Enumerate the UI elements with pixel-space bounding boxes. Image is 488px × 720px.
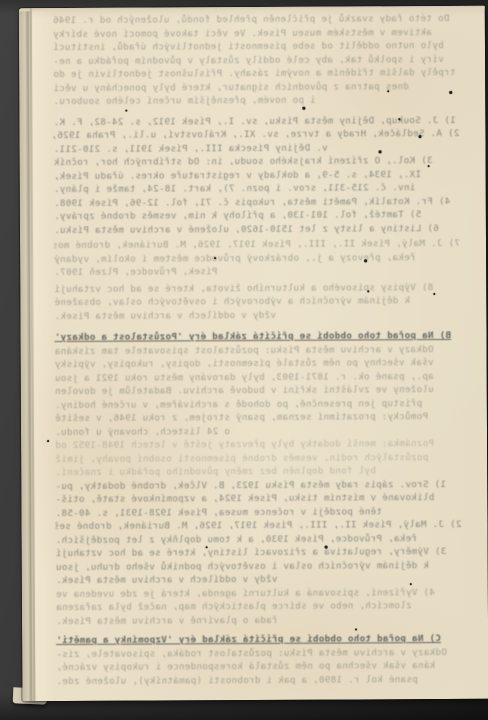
ink-speck — [418, 135, 421, 138]
ink-speck — [302, 107, 305, 110]
bleedthrough-text-line: Pomůcky: prozatímní seznam, psaný stroje… — [55, 410, 461, 426]
ink-speck — [449, 91, 452, 94]
scanner-background: Do této řady svazků je přičleněn přehled… — [0, 0, 488, 720]
bleedthrough-paragraph: Odkazy v archivu města Písku: pozůstalos… — [55, 342, 461, 439]
bleedthrough-heading: B) Na pořad toho období se přičítá zákla… — [54, 329, 460, 345]
bleedthrough-paragraph: 1) J. Soukup, Dějiny města Písku, sv. I.… — [53, 113, 460, 237]
bleedthrough-text-line: dnes patrna z původních signatur, které … — [53, 79, 459, 95]
bleedthrough-text-line: Písek, Průvodce, Plzeň 1907. — [54, 264, 460, 280]
bleedthrough-text-line: psané kol r. 1890, a pak i drobnosti (pa… — [56, 672, 462, 688]
bleedthrough-paragraph: 8) Výpisy spisového a kulturního života,… — [54, 280, 460, 323]
bleedthrough-text-line: i po novém, přesnějším určení celého sou… — [53, 93, 459, 109]
bleedthrough-text-line: Do této řady svazků je přičleněn přehled… — [53, 12, 459, 28]
ink-speck — [47, 440, 49, 442]
ink-speck — [214, 257, 216, 259]
ink-speck — [428, 165, 430, 167]
bleedthrough-text-line: pozůstalých rodin, vesměs drobné písemno… — [55, 450, 461, 466]
bleedthrough-text-line: blikované v místním tisku, Písek 1924, a… — [55, 491, 461, 507]
bleedthrough-paragraph: 4) Vyřízení, spisovaná a kulturní agenda… — [56, 585, 462, 628]
bleedthrough-text-line: však všechny po něm zůstalé písemnosti, … — [55, 356, 461, 372]
bleedthrough-text-line: řeka, převozy a j., obrázkový průvodce m… — [54, 250, 460, 266]
ink-speck — [125, 110, 127, 112]
bleedthrough-text-line: kána však všechna po něm zůstalá korespo… — [56, 659, 462, 675]
ink-speck — [367, 290, 369, 292]
bleedthrough-heading: C) Na pořad toho období se přičítá zákla… — [56, 632, 462, 648]
bleedthrough-paragraph: 1) Srov. zápis rady města Písku 1923, B.… — [55, 477, 462, 587]
bleedthrough-text-line: 3) Výměry, regulativa a zřizovací listin… — [56, 545, 462, 561]
bleedthrough-text-line: uloženy ve zvláštní skříni v budově arch… — [55, 383, 461, 399]
bleedthrough-text-line: 2) A. Sedláček, Hrady a tvrze, sv. XI., … — [53, 127, 459, 143]
bleedthrough-text-line: 6) Listiny a listy z let 1510-1620, ulož… — [54, 221, 460, 237]
scanned-page: Do této řady svazků je přičleněn přehled… — [19, 6, 488, 701]
ink-speck — [206, 546, 208, 548]
ink-speck — [387, 90, 389, 92]
ink-speck — [410, 583, 412, 585]
bleedthrough-text-line: zlomcích, nebo ve sbírce plastických map… — [56, 599, 462, 615]
ink-speck — [325, 546, 328, 549]
bleedthrough-text-line: 3) Kol., O zřízení krajského soudu, in: … — [54, 154, 460, 170]
ink-speck — [398, 118, 400, 120]
ink-speck — [433, 293, 435, 295]
bleedthrough-text-line: k dějinám výročních a výborových i osvět… — [54, 294, 460, 310]
bleedthrough-text-line: Poznámka: menší dodatky byly převzaty je… — [55, 437, 461, 453]
bleedthrough-text-line: k dějinám výročních oslav i osvětových p… — [56, 558, 462, 574]
bleedthrough-paragraph: Odkazy v archivu města Písku: pozůstalos… — [56, 645, 462, 688]
bleedthrough-paragraph: 7) J. Malý, Písek II., III., Písek 1917,… — [54, 237, 460, 280]
ink-speck — [355, 628, 357, 630]
bleedthrough-text-line: inv. č. 215-311, srov. i pozn. 7), kart.… — [54, 181, 460, 197]
bleedthrough-text-line: 7) J. Malý, Písek II., III., Písek 1917,… — [54, 237, 460, 253]
bleedthrough-text-line: trpěly dalším tříděním a novými zásahy. … — [53, 66, 459, 82]
ink-speck — [364, 259, 367, 262]
bleedthrough-text-line: C) Na pořad toho období se přičítá zákla… — [56, 632, 462, 648]
bleedthrough-paragraph: Do této řady svazků je přičleněn přehled… — [53, 12, 459, 109]
ink-speck — [379, 150, 382, 153]
bleedthrough-text-line: bylo nutno oddělit od sebe písemnosti je… — [53, 39, 459, 55]
bleedthrough-text-line: 2) J. Malý, Písek II., III., Písek 1917,… — [55, 518, 461, 534]
bleedthrough-text-line: 5) Tamtéž, fol. 101-130, a přílohy k nim… — [54, 208, 460, 224]
bleedthrough-text-line: vždy v oddílech v archivu města Písek. — [54, 307, 460, 323]
bleedthrough-paragraph: Poznámka: menší dodatky byly převzaty je… — [55, 437, 461, 480]
bleedthrough-text-line: B) Na pořad toho období se přičítá zákla… — [54, 329, 460, 345]
bleedthrough-text-line: řada o plavírně v archivu města Písek. — [56, 612, 462, 628]
ink-specks-layer — [19, 6, 485, 8]
bleedthrough-text-block: Do této řady svazků je přičleněn přehled… — [53, 12, 463, 695]
